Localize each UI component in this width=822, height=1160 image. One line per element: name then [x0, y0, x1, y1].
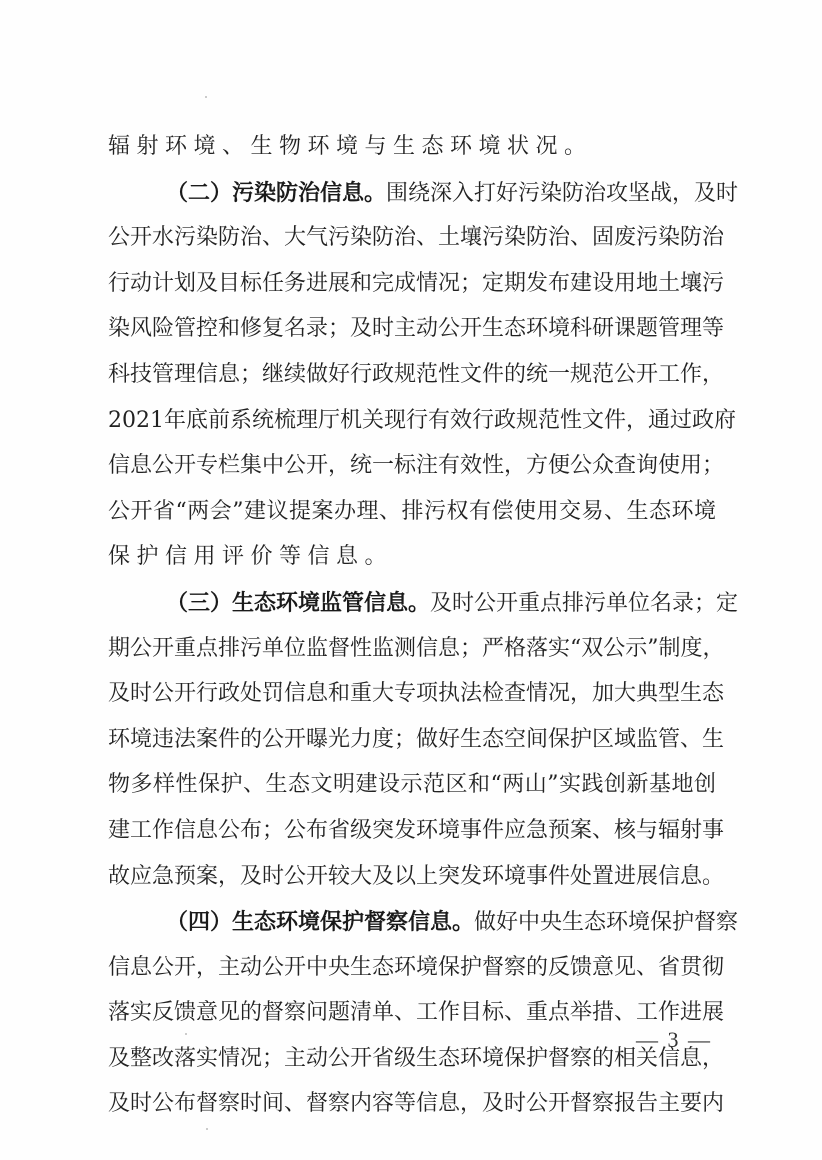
text-run: 围绕深入打好污染防治攻坚战，及时	[386, 181, 738, 206]
text-line: 建工作信息公布；公布省级突发环境事件应急预案、核与辐射事	[108, 817, 716, 863]
page-number: — 3 —	[636, 1027, 712, 1053]
section-heading: （四）生态环境保护督察信息。	[166, 909, 474, 935]
scan-speck	[206, 1128, 208, 1130]
text-line: 故应急预案，及时公开较大及以上突发环境事件处置进展信息。	[108, 863, 716, 909]
text-line: 信息公开，主动公开中央生态环境保护督察的反馈意见、省贯彻	[108, 954, 716, 1000]
text-line: 及整改落实情况；主动公开省级生态环境保护督察的相关信息，	[108, 1045, 716, 1091]
section-heading: （二）污染防治信息。	[166, 180, 386, 206]
section-heading-line: （四）生态环境保护督察信息。做好中央生态环境保护督察	[108, 908, 716, 954]
document-page: 辐射环境、生物环境与生态环境状况。 （二）污染防治信息。围绕深入打好污染防治攻坚…	[0, 0, 822, 1160]
text-run: 及时公开重点排污单位名录；定	[430, 591, 738, 616]
text-line: 2021年底前系统梳理厅机关现行有效行政规范性文件，通过政府	[108, 407, 716, 453]
text-line: 环境违法案件的公开曝光力度；做好生态空间保护区域监管、生	[108, 726, 716, 772]
text-line: 公开省“两会”建议提案办理、排污权有偿使用交易、生态环境	[108, 498, 716, 544]
text-line: 及时公布督察时间、督察内容等信息，及时公开督察报告主要内	[108, 1090, 716, 1136]
text-line: 辐射环境、生物环境与生态环境状况。	[108, 133, 716, 179]
text-line: 期公开重点排污单位监督性监测信息；严格落实“双公示”制度，	[108, 635, 716, 681]
scan-speck	[205, 96, 207, 98]
text-line: 落实反馈意见的督察问题清单、工作目标、重点举措、工作进展	[108, 999, 716, 1045]
scan-speck	[185, 1033, 187, 1035]
text-line: 科技管理信息；继续做好行政规范性文件的统一规范公开工作，	[108, 361, 716, 407]
text-line: 信息公开专栏集中公开，统一标注有效性，方便公众查询使用；	[108, 452, 716, 498]
text-line: 染风险管控和修复名录；及时主动公开生态环境科研课题管理等	[108, 315, 716, 361]
text-line: 公开水污染防治、大气污染防治、土壤污染防治、固废污染防治	[108, 224, 716, 270]
text-line: 保护信用评价等信息。	[108, 543, 716, 589]
text-run: 做好中央生态环境保护督察	[474, 910, 738, 935]
section-heading-line: （三）生态环境监管信息。及时公开重点排污单位名录；定	[108, 589, 716, 635]
text-line: 行动计划及目标任务进展和完成情况；定期发布建设用地土壤污	[108, 270, 716, 316]
text-line: 物多样性保护、生态文明建设示范区和“两山”实践创新基地创	[108, 771, 716, 817]
document-body: 辐射环境、生物环境与生态环境状况。 （二）污染防治信息。围绕深入打好污染防治攻坚…	[108, 133, 716, 1136]
section-heading-line: （二）污染防治信息。围绕深入打好污染防治攻坚战，及时	[108, 179, 716, 225]
section-heading: （三）生态环境监管信息。	[166, 590, 430, 616]
text-line: 及时公开行政处罚信息和重大专项执法检查情况，加大典型生态	[108, 680, 716, 726]
